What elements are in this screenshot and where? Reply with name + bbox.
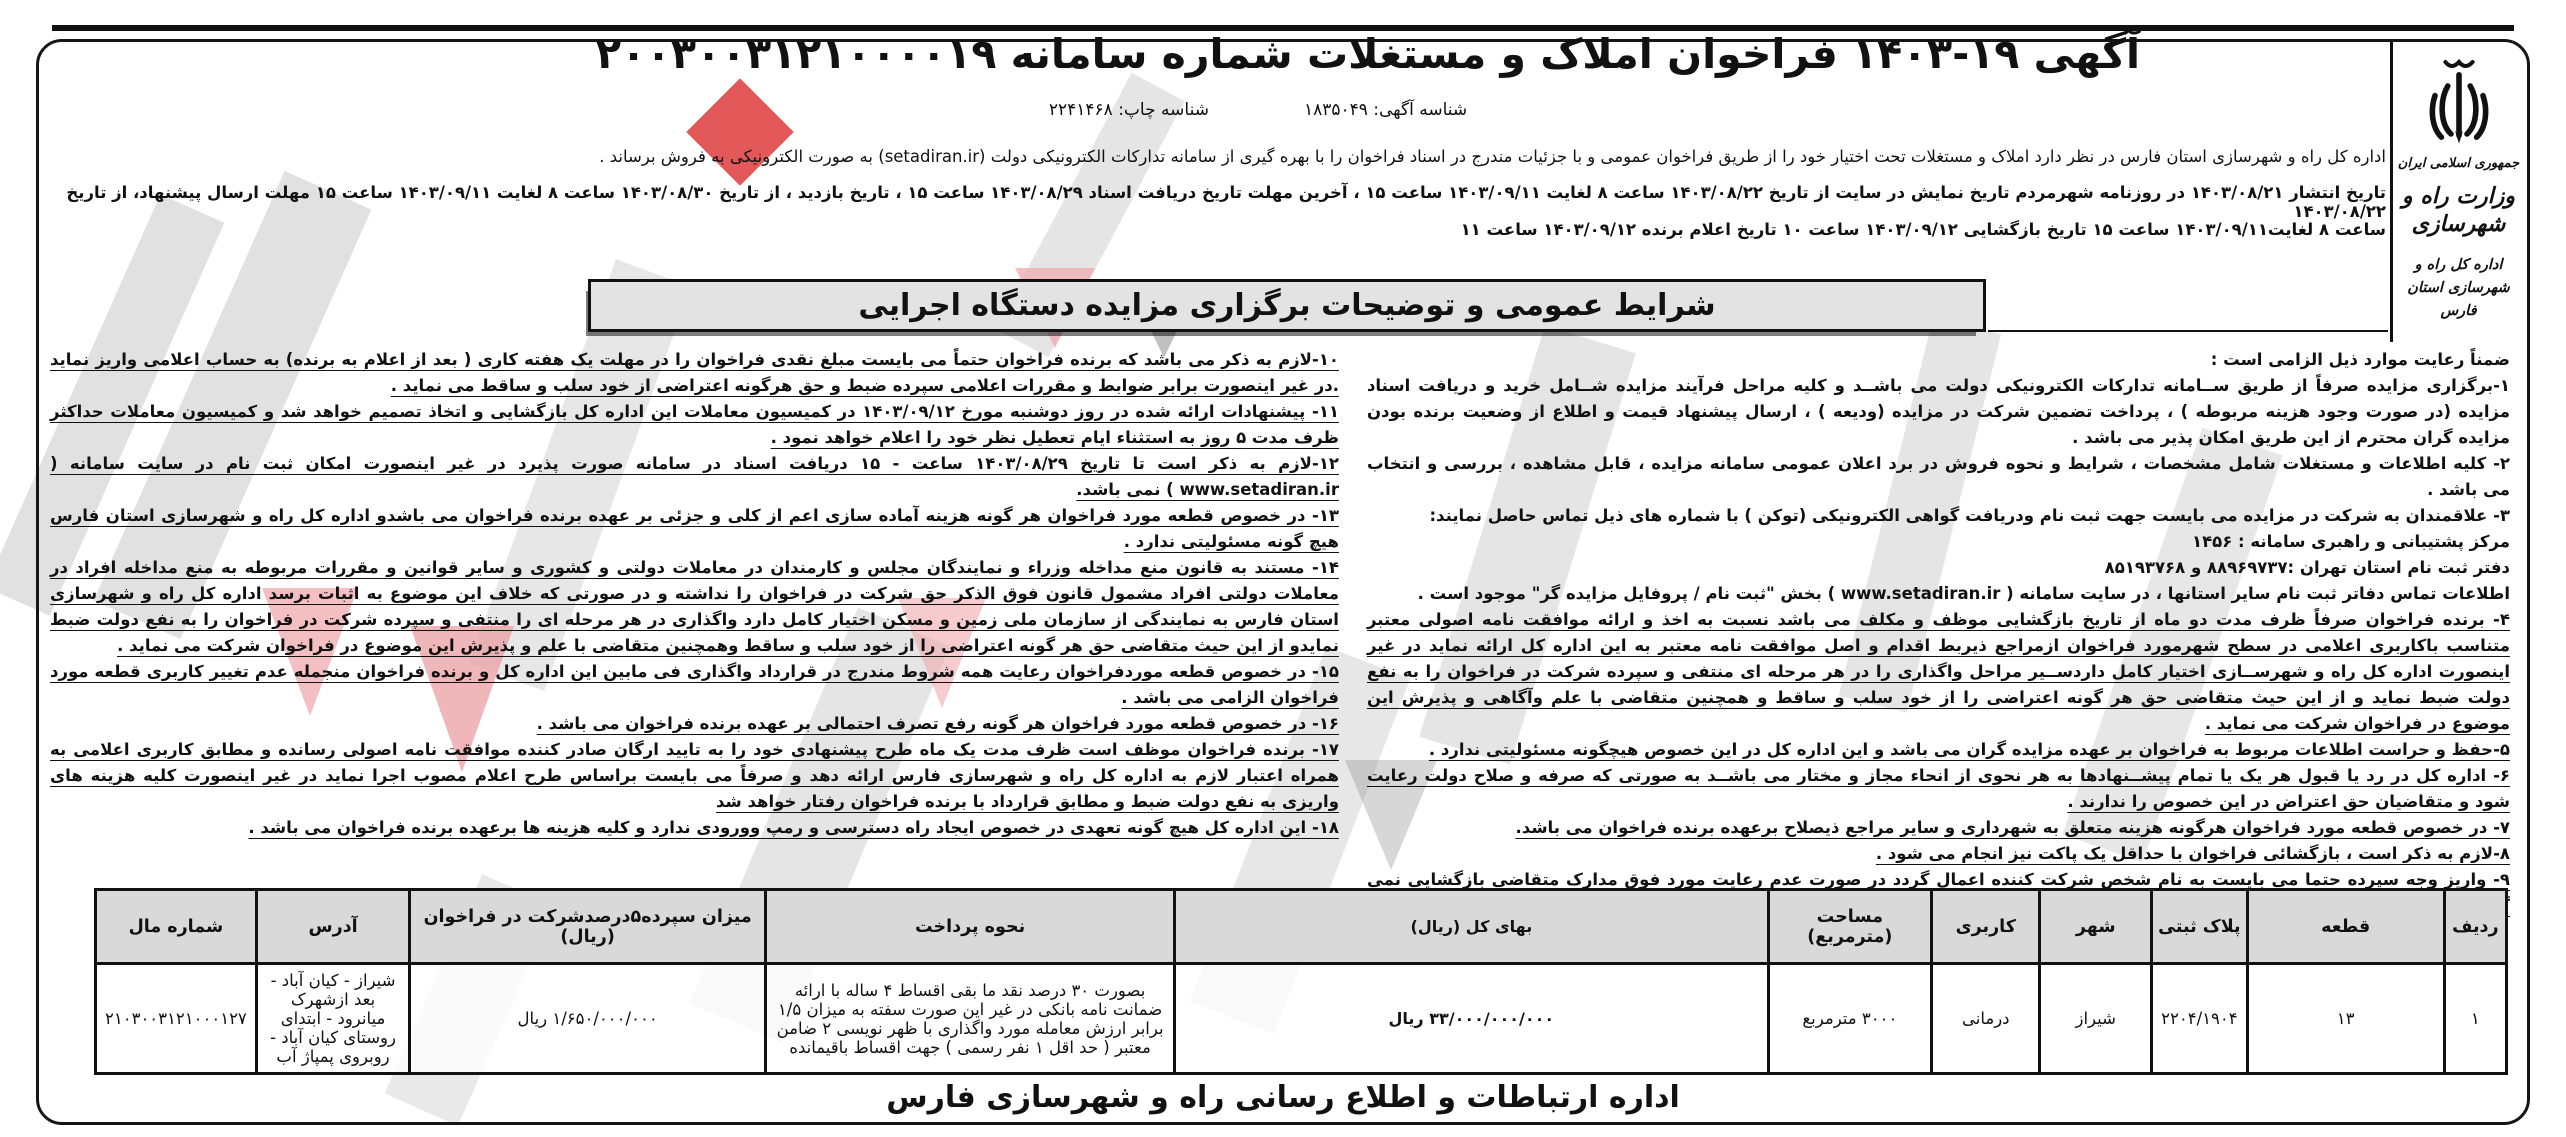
table-cell: شیراز [2040, 964, 2152, 1074]
table-header-cell: کاربری [1932, 890, 2040, 964]
table-cell: ۱/۶۵۰/۰۰۰/۰۰۰ ریال [410, 964, 766, 1074]
table-header-cell: شماره مال [96, 890, 257, 964]
table-row: ۱۱۳۲۲۰۴/۱۹۰۴شیرازدرمانی۳۰۰۰ مترمربع۳۳/۰۰… [96, 964, 2507, 1074]
table-cell: ۳۰۰۰ مترمربع [1768, 964, 1932, 1074]
table-header-cell: پلاک ثبتی [2152, 890, 2247, 964]
condition-item: ۱۷- برنده فراخوان موظف است ظرف مدت یک ما… [50, 737, 1339, 815]
table-cell: درمانی [1932, 964, 2040, 1074]
condition-item: ۱۳- در خصوص قطعه مورد فراخوان هر گونه هز… [50, 503, 1339, 555]
condition-item: ۱۲-لازم به ذکر است تا تاریخ ۱۴۰۳/۰۸/۲۹ س… [50, 451, 1339, 503]
condition-item: ۴- برنده فراخوان صرفاً ظرف مدت دو ماه از… [1367, 607, 2510, 737]
table-header-cell: قطعه [2247, 890, 2444, 964]
conditions-column-left: ۱۰-لازم به ذکر می باشد که برنده فراخوان … [50, 347, 1339, 841]
property-table-wrap: ردیفقطعهپلاک ثبتیشهرکاربریمساحت (مترمربع… [94, 888, 2508, 1075]
table-cell: ۱ [2444, 964, 2506, 1074]
condition-item: ۱۱- پیشنهادات ارائه شده در روز دوشنبه مو… [50, 399, 1339, 451]
condition-item: ۱۸- این اداره کل هیچ گونه تعهدی در خصوص … [50, 815, 1339, 841]
banner-side-rule [1988, 330, 2388, 332]
intro-line-1: اداره کل راه و شهرسازی استان فارس در نظر… [56, 147, 2386, 166]
condition-item: ۷- در خصوص قطعه مورد فراخوان هرگونه هزین… [1367, 815, 2510, 841]
table-header-row: ردیفقطعهپلاک ثبتیشهرکاربریمساحت (مترمربع… [96, 890, 2507, 964]
condition-item: ۱۶- در خصوص قطعه مورد فراخوان هر گونه رف… [50, 711, 1339, 737]
condition-item: مرکز پشتیبانی و راهبری سامانه : ۱۴۵۶ [1367, 529, 2510, 555]
conditions-column-right: ضمناً رعایت موارد ذیل الزامی است :۱-برگز… [1367, 347, 2510, 919]
table-cell: بصورت ۳۰ درصد نقد ما بقی اقساط ۴ ساله با… [765, 964, 1174, 1074]
id-row: شناسه آگهی: ۱۸۳۵۰۴۹ شناسه چاپ: ۲۲۴۱۴۶۸ [650, 100, 1866, 120]
ad-id-label: شناسه آگهی: ۱۸۳۵۰۴۹ [1304, 100, 1467, 120]
conditions-body: ضمناً رعایت موارد ذیل الزامی است :۱-برگز… [50, 347, 2510, 919]
intro-line-2-dates: تاریخ انتشار ۱۴۰۳/۰۸/۲۱ در روزنامه شهرمر… [56, 183, 2386, 221]
org-country-label: جمهوری اسلامی ایران [2393, 156, 2524, 171]
table-header-cell: ردیف [2444, 890, 2506, 964]
table-header-cell: نحوه پرداخت [765, 890, 1174, 964]
condition-item: ۱۴- مستند به قانون منع مداخله وزراء و نم… [50, 555, 1339, 659]
table-header-cell: بهای کل (ریال) [1175, 890, 1768, 964]
conditions-banner: شرایط عمومی و توضیحات برگزاری مزایده دست… [588, 279, 1986, 332]
org-ministry-label: وزارت راه و شهرسازی [2393, 183, 2524, 238]
property-table: ردیفقطعهپلاک ثبتیشهرکاربریمساحت (مترمربع… [94, 888, 2508, 1075]
footer-department-label: اداره ارتباطات و اطلاع رسانی راه و شهرسا… [0, 1080, 2566, 1115]
print-id-label: شناسه چاپ: ۲۲۴۱۴۶۸ [1049, 100, 1209, 120]
table-cell: ۲۲۰۴/۱۹۰۴ [2152, 964, 2247, 1074]
table-cell: ۲۱۰۳۰۰۳۱۲۱۰۰۰۱۲۷ [96, 964, 257, 1074]
condition-item: ۵-حفظ و حراست اطلاعات مربوط به فراخوان ب… [1367, 737, 2510, 763]
iran-emblem-icon [2393, 54, 2524, 154]
condition-item: اطلاعات تماس دفاتر ثبت نام سایر استانها … [1367, 581, 2510, 607]
header-org-sidebar: جمهوری اسلامی ایران وزارت راه و شهرسازی … [2390, 42, 2524, 342]
table-cell: ۱۳ [2247, 964, 2444, 1074]
intro-line-3-dates: ساعت ۸ لغایت۱۴۰۳/۰۹/۱۱ ساعت ۱۵ تاریخ باز… [56, 220, 2386, 239]
table-header-cell: مساحت (مترمربع) [1768, 890, 1932, 964]
condition-item: ۶- اداره کل در رد یا قبول هر یک یا تمام … [1367, 763, 2510, 815]
table-cell: شیراز - کیان آباد - بعد ازشهرک میانرود -… [256, 964, 409, 1074]
org-department-label: اداره کل راه و شهرسازی استان فارس [2393, 254, 2524, 324]
condition-item: ۱-برگزاری مزایده صرفاً از طریق ســامانه … [1367, 373, 2510, 451]
table-cell: ۳۳/۰۰۰/۰۰۰/۰۰۰ ریال [1175, 964, 1768, 1074]
auction-announcement-document: جمهوری اسلامی ایران وزارت راه و شهرسازی … [0, 0, 2566, 1137]
table-header-cell: میزان سپرده۵درصدشرکت در فراخوان (ریال) [410, 890, 766, 964]
condition-item: ضمناً رعایت موارد ذیل الزامی است : [1367, 347, 2510, 373]
table-header-cell: آدرس [256, 890, 409, 964]
condition-item: ۲- کلیه اطلاعات و مستغلات شامل مشخصات ، … [1367, 451, 2510, 503]
condition-item: ۱۰-لازم به ذکر می باشد که برنده فراخوان … [50, 347, 1339, 399]
condition-item: دفتر ثبت نام استان تهران :۸۸۹۶۹۷۳۷ و ۸۵۱… [1367, 555, 2510, 581]
condition-item: ۳- علاقمندان به شرکت در مزایده می بایست … [1367, 503, 2510, 529]
condition-item: ۸-لازم به ذکر است ، بازگشائی فراخوان با … [1367, 841, 2510, 867]
table-header-cell: شهر [2040, 890, 2152, 964]
condition-item: ۱۵- در خصوص قطعه موردفراخوان رعایت همه ش… [50, 659, 1339, 711]
page-title: آگهی ۱۹-۱۴۰۳ فراخوان املاک و مستغلات شما… [380, 30, 2356, 78]
